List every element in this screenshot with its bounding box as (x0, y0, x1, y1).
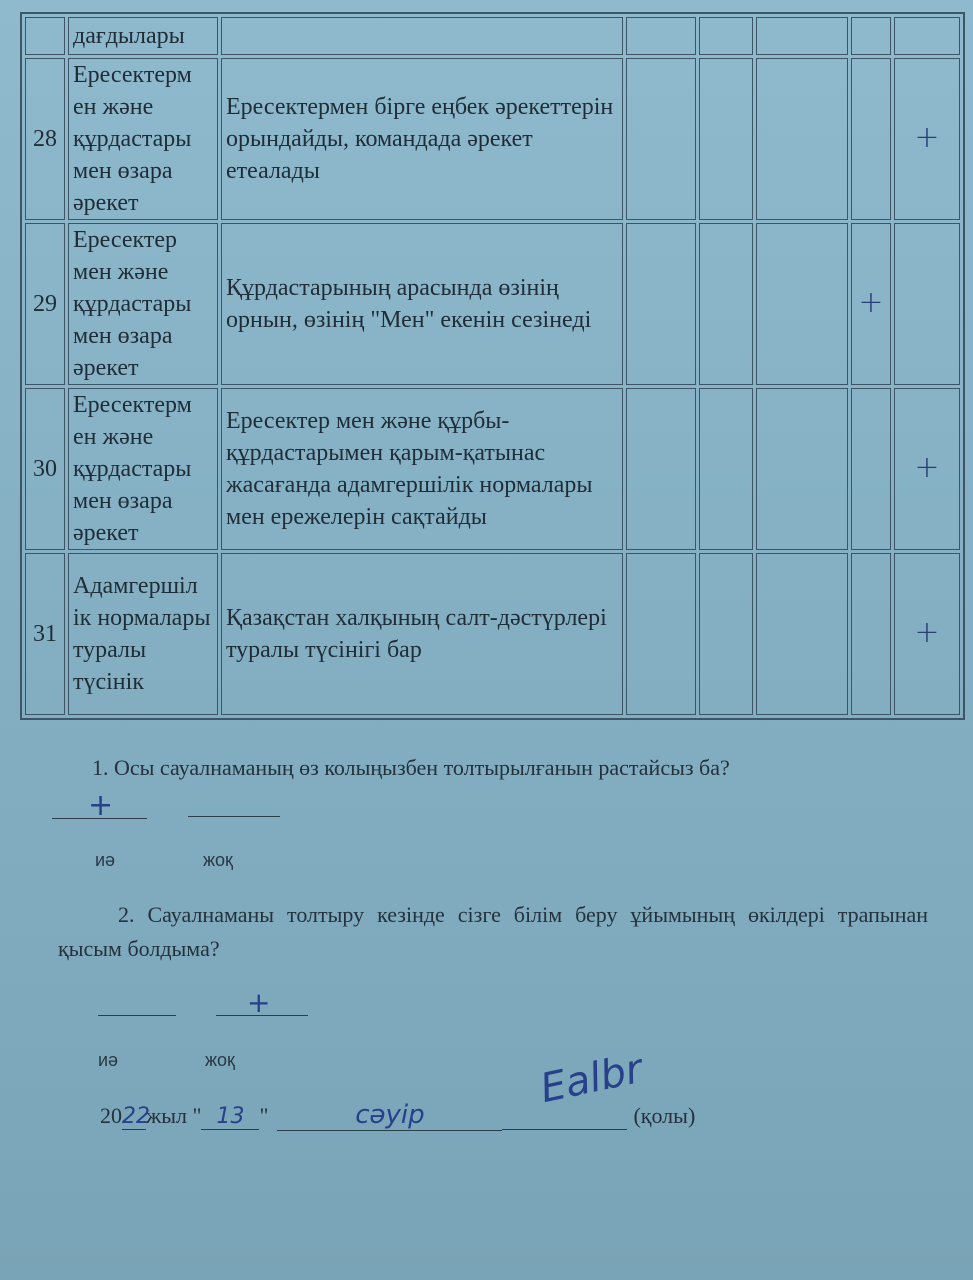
plus-mark-icon: + (914, 120, 939, 155)
table-row: 28 Ересектерм ен және құрдастары мен өза… (25, 58, 960, 220)
question-2-text: 2. Сауалнаманы толтыру кезінде сізге біл… (58, 898, 928, 966)
rating-cell[interactable] (626, 388, 696, 550)
q1-option-no-label: жоқ (203, 850, 233, 871)
rating-cell (894, 17, 960, 55)
row-number: 30 (25, 388, 65, 550)
rating-cell[interactable]: + (894, 58, 960, 220)
rating-cell (699, 17, 753, 55)
row-number: 29 (25, 223, 65, 385)
rating-cell[interactable] (851, 553, 891, 715)
rating-cell[interactable] (699, 58, 753, 220)
day-value: 13 (216, 1104, 244, 1129)
assessment-table: дағдылары 28 Ересектерм ен және құрдаста… (20, 12, 965, 720)
row-number (25, 17, 65, 55)
year-label: жыл " (146, 1103, 201, 1129)
row-description: Құрдастарының арасында өзінің орнын, өзі… (221, 223, 623, 385)
rating-cell[interactable]: + (851, 223, 891, 385)
rating-cell (851, 17, 891, 55)
year-prefix: 20 (100, 1103, 122, 1129)
date-signature-row: 2022жыл "13"сәуір (қолы) (100, 1100, 695, 1131)
rating-cell[interactable] (699, 553, 753, 715)
row-category: Ересектер мен және құрдастары мен өзара … (68, 223, 218, 385)
rating-cell[interactable] (851, 388, 891, 550)
q2-yes-answer-line[interactable] (98, 1015, 176, 1016)
row-category: Ересектерм ен және құрдастары мен өзара … (68, 58, 218, 220)
rating-cell[interactable] (626, 223, 696, 385)
row-category: дағдылары (68, 17, 218, 55)
rating-cell[interactable] (756, 58, 848, 220)
q2-option-no-label: жоқ (205, 1050, 235, 1071)
rating-cell[interactable] (894, 223, 960, 385)
table-row: 30 Ересектерм ен және құрдастары мен өза… (25, 388, 960, 550)
q2-option-yes-label: иә (98, 1050, 118, 1071)
row-description (221, 17, 623, 55)
plus-mark-icon: + (914, 450, 939, 485)
rating-cell (756, 17, 848, 55)
rating-cell[interactable] (756, 553, 848, 715)
month-field[interactable]: сәуір (277, 1100, 502, 1131)
row-description: Қазақстан халқының салт-дәстүрлері турал… (221, 553, 623, 715)
row-number: 31 (25, 553, 65, 715)
row-description: Ересектермен бірге еңбек әрекеттерін оры… (221, 58, 623, 220)
table-row: 31 Адамгершіл ік нормалары туралы түсіні… (25, 553, 960, 715)
rating-cell[interactable] (626, 553, 696, 715)
signature-label: (қолы) (633, 1103, 695, 1129)
month-value: сәуір (355, 1100, 424, 1130)
question-1-text: 1. Осы сауалнаманың өз колыңызбен толтыр… (92, 755, 730, 781)
rating-cell[interactable]: + (894, 388, 960, 550)
plus-mark-icon: + (858, 285, 883, 320)
rating-cell[interactable] (699, 223, 753, 385)
rating-cell[interactable] (699, 388, 753, 550)
q2-no-mark: + (247, 986, 270, 1019)
rating-cell[interactable]: + (894, 553, 960, 715)
rating-cell[interactable] (626, 58, 696, 220)
rating-cell (626, 17, 696, 55)
plus-mark-icon: + (914, 615, 939, 650)
rating-cell[interactable] (756, 388, 848, 550)
row-number: 28 (25, 58, 65, 220)
table-row: дағдылары (25, 17, 960, 55)
row-category: Адамгершіл ік нормалары туралы түсінік (68, 553, 218, 715)
day-close-quote: " (259, 1103, 269, 1129)
day-field[interactable]: 13 (201, 1103, 259, 1130)
rating-cell[interactable] (851, 58, 891, 220)
scanned-page: дағдылары 28 Ересектерм ен және құрдаста… (0, 0, 973, 1280)
row-category: Ересектерм ен және құрдастары мен өзара … (68, 388, 218, 550)
year-field[interactable]: 22 (122, 1103, 146, 1130)
rating-cell[interactable] (756, 223, 848, 385)
q1-option-yes-label: иә (95, 850, 115, 871)
q1-yes-mark: + (88, 788, 113, 823)
q1-no-answer-line[interactable] (188, 816, 280, 817)
table-row: 29 Ересектер мен және құрдастары мен өза… (25, 223, 960, 385)
row-description: Ересектер мен және құрбы-құрдастарымен қ… (221, 388, 623, 550)
